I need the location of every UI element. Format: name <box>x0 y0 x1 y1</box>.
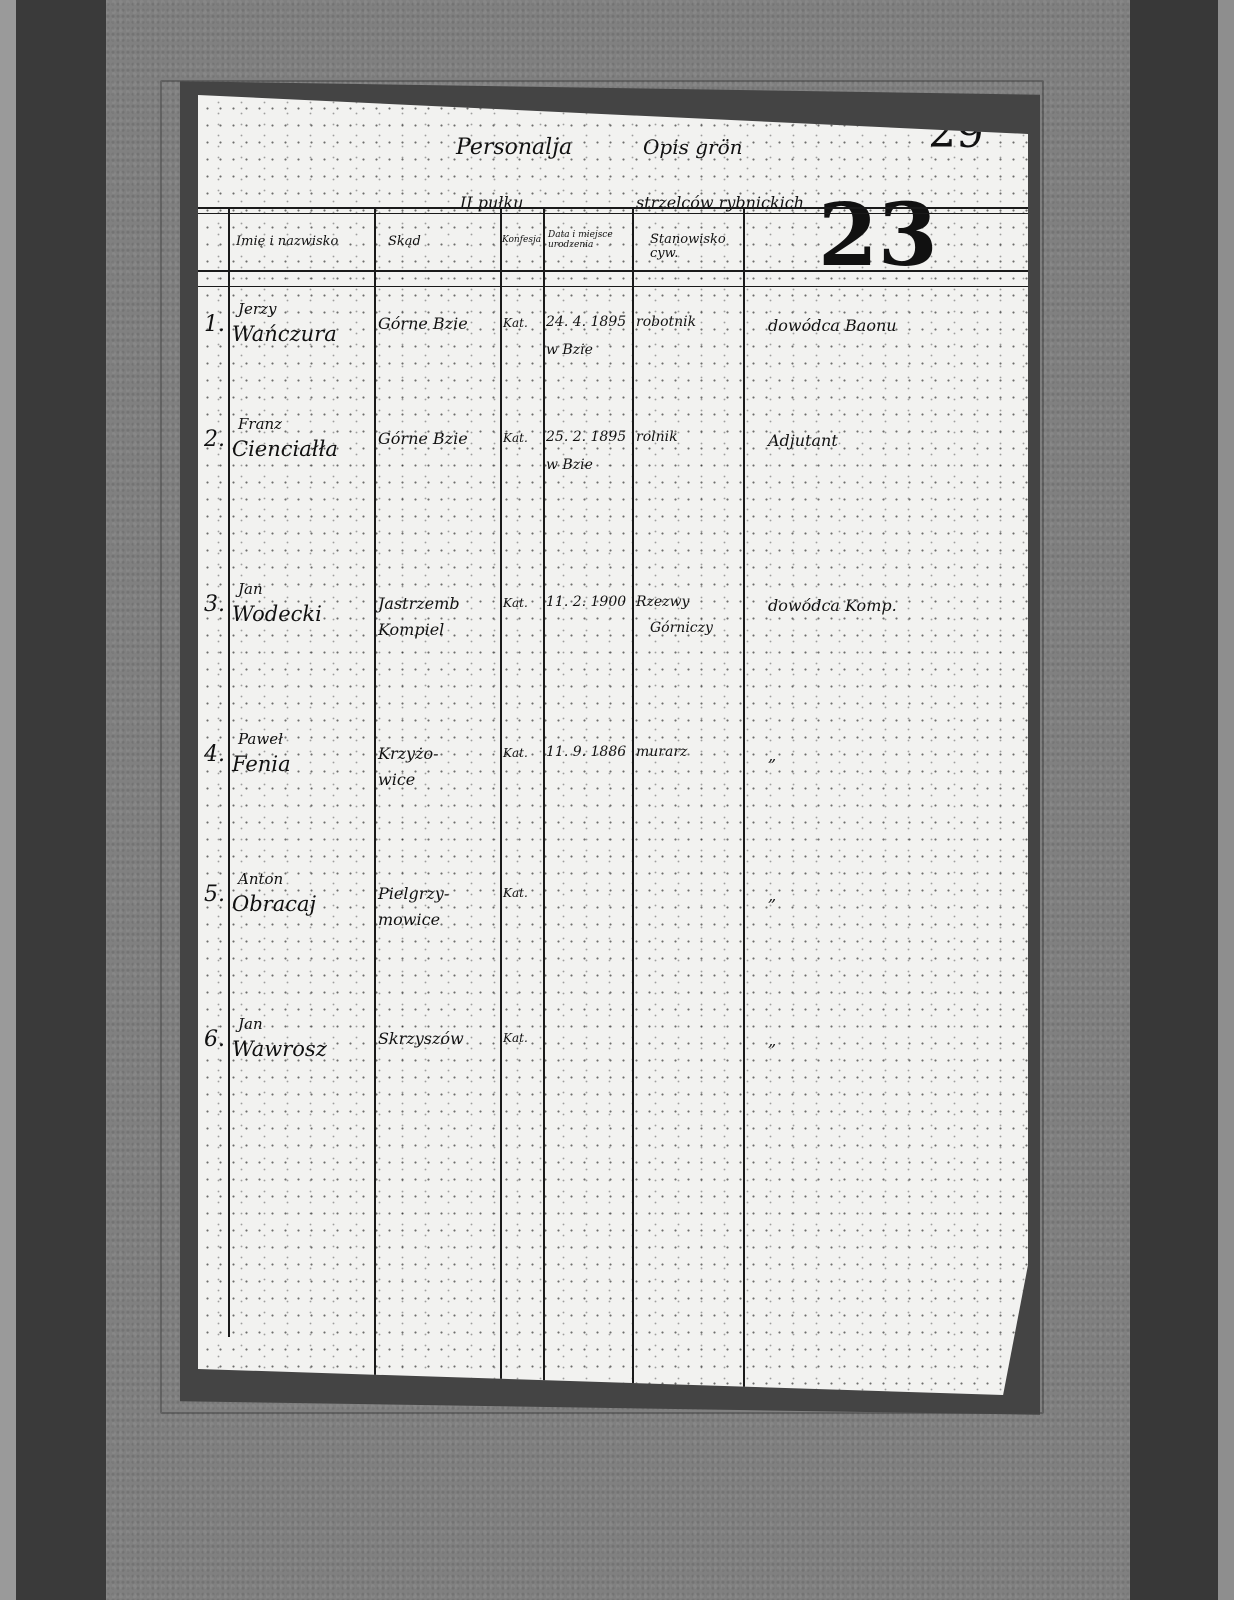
person-first-name: Jerzy <box>238 300 276 318</box>
row-birth: 24. 4. 1895 <box>546 314 626 330</box>
row-from: Krzyżo- <box>378 744 439 763</box>
row-from: Kompiel <box>378 620 444 639</box>
row-from: mowice <box>378 910 440 929</box>
row-from: Jastrzemb <box>378 594 460 613</box>
row-from: Pielgrzy- <box>378 884 449 903</box>
scan-border-right <box>1130 0 1218 1600</box>
row-confession: Kat. <box>503 1031 528 1045</box>
scan-border-right-edge <box>1218 0 1234 1600</box>
rule-header-bottom-2 <box>198 286 1028 287</box>
header-name: Imię i nazwisko <box>236 235 366 249</box>
row-number: 4. <box>204 742 225 767</box>
row-confession: Kat. <box>503 886 528 900</box>
row-role: „ <box>768 886 776 905</box>
row-confession: Kat. <box>503 316 528 330</box>
scan-border-left <box>16 0 106 1600</box>
row-occupation: Górniczy <box>650 620 713 636</box>
row-role: Adjutant <box>768 431 838 450</box>
col-divider-2 <box>500 207 502 1387</box>
row-role: „ <box>768 746 776 765</box>
person-last-name: Wodecki <box>232 602 322 626</box>
header-birth: Data i miejsce urodzenia <box>548 230 628 250</box>
rule-top <box>198 207 1028 209</box>
row-from: Górne Bzie <box>378 314 468 333</box>
subtitle-left: II pułku <box>460 193 523 212</box>
col-divider-5 <box>743 207 745 1397</box>
person-last-name: Fenia <box>232 752 291 776</box>
person-first-name: Anton <box>238 870 283 888</box>
row-occupation: robotnik <box>636 314 696 330</box>
col-divider-4 <box>632 207 634 1392</box>
col-divider-0 <box>228 207 230 1337</box>
person-last-name: Obracaj <box>232 892 316 916</box>
row-confession: Kat. <box>503 596 528 610</box>
col-divider-1 <box>374 207 376 1377</box>
scan-border-left-edge <box>0 0 16 1600</box>
header-from: Skąd <box>388 235 488 249</box>
person-first-name: Franz <box>238 415 282 433</box>
person-first-name: Jan <box>238 580 263 598</box>
row-birth: w Bzie <box>546 342 593 358</box>
row-role: „ <box>768 1031 776 1050</box>
person-last-name: Wawrosz <box>232 1037 327 1061</box>
row-number: 5. <box>204 882 225 907</box>
document-page: Personalja Opis grön II pułku strzelców … <box>198 95 1028 1395</box>
row-role: dowódca Komp. <box>768 596 897 615</box>
row-confession: Kat. <box>503 431 528 445</box>
person-first-name: Jan <box>238 1015 263 1033</box>
rule-top-double <box>198 213 1028 214</box>
row-birth: 25. 2. 1895 <box>546 429 626 445</box>
row-birth: w Bzie <box>546 457 593 473</box>
subtitle-right: strzelców rybnickich <box>636 193 804 212</box>
row-from: Skrzyszów <box>378 1029 464 1048</box>
person-first-name: Paweł <box>238 730 283 748</box>
title-right: Opis grön <box>643 135 743 159</box>
person-last-name: Wańczura <box>232 322 337 346</box>
row-birth: 11. 9. 1886 <box>546 744 626 760</box>
row-confession: Kat. <box>503 746 528 760</box>
row-from: Górne Bzie <box>378 429 468 448</box>
person-last-name: Cienciałła <box>232 437 338 461</box>
row-number: 3. <box>204 592 225 617</box>
header-confession: Konfesja <box>502 235 542 245</box>
row-occupation: murarz <box>636 744 687 760</box>
row-number: 6. <box>204 1027 225 1052</box>
row-number: 2. <box>204 427 225 452</box>
row-occupation: rolnik <box>636 429 678 445</box>
row-number: 1. <box>204 312 225 337</box>
row-from: wice <box>378 770 415 789</box>
row-role: dowódca Baonu <box>768 316 897 335</box>
col-divider-3 <box>543 207 545 1387</box>
row-birth: 11. 2. 1900 <box>546 594 626 610</box>
header-occupation: Stanowisko cyw. <box>650 233 740 261</box>
row-occupation: Rzezwy <box>636 594 689 610</box>
title-left: Personalja <box>456 135 572 160</box>
rule-header-bottom <box>198 270 1028 272</box>
